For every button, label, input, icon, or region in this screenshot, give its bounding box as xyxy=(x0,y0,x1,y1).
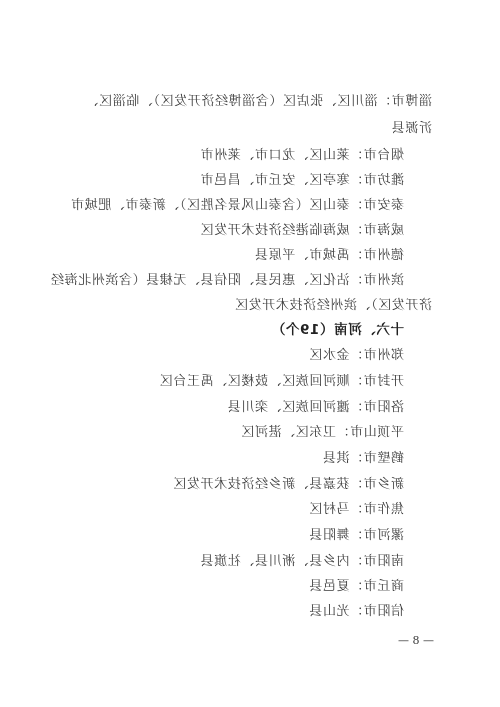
text-line-nanyang: 南阳市：内乡县、淅川县、社旗县 xyxy=(200,554,404,570)
text-line-xinxiang: 新乡市：获嘉县、新乡经济技术开发区 xyxy=(173,477,404,493)
text-line-weifang: 潍坊市：寒亭区、安丘市、昌邑市 xyxy=(200,173,404,189)
text-line-zhengzhou: 郑州市：金水区 xyxy=(309,348,404,364)
text-line-luohe: 漯河市：舞阳县 xyxy=(309,528,404,544)
text-line-pingdingshan: 平顶山市：卫东区、湛河区 xyxy=(241,425,404,441)
document-page: 淄博市：淄川区、张店区（含淄博经济开发区）、临淄区、 沂源县 烟台市：莱山区、龙… xyxy=(0,0,500,707)
text-line-binzhou-cont: 济开发区）、滨州经济技术开发区 xyxy=(234,298,432,314)
text-line-weihai: 威海市：威海临港经济技术开发区 xyxy=(200,223,404,239)
text-line-zibo: 淄博市：淄川区、张店区（含淄博经济开发区）、临淄区、 xyxy=(85,94,432,110)
section-heading-henan: 十六、河南（19个） xyxy=(271,322,404,338)
page-number: — 8 — xyxy=(398,633,434,649)
text-line-luoyang: 洛阳市：瀍河回族区、栾川县 xyxy=(227,400,404,416)
text-line-hebi: 鹤壁市：淇县 xyxy=(322,451,404,467)
text-line-yantai: 烟台市：莱山区、龙口市、莱州市 xyxy=(200,148,404,164)
text-line-shangqiu: 商丘市：夏邑县 xyxy=(309,579,404,595)
text-line-taian: 泰安市：泰山区（含泰山风景名胜区）、新泰市、肥城市 xyxy=(70,198,404,214)
text-line-jiaozuo: 焦作市：马村区 xyxy=(309,502,404,518)
text-line-xinyang: 信阳市：光山县 xyxy=(309,604,404,620)
text-line-dezhou: 德州市：禹城市、平原县 xyxy=(254,248,404,264)
text-line-binzhou: 滨州市：沾化区、惠民县、阳信县、无棣县（含滨州北海经 xyxy=(50,273,404,289)
text-line-zibo-cont: 沂源县 xyxy=(391,121,432,137)
text-line-kaifeng: 开封市：顺河回族区、鼓楼区、禹王台区 xyxy=(159,374,404,390)
